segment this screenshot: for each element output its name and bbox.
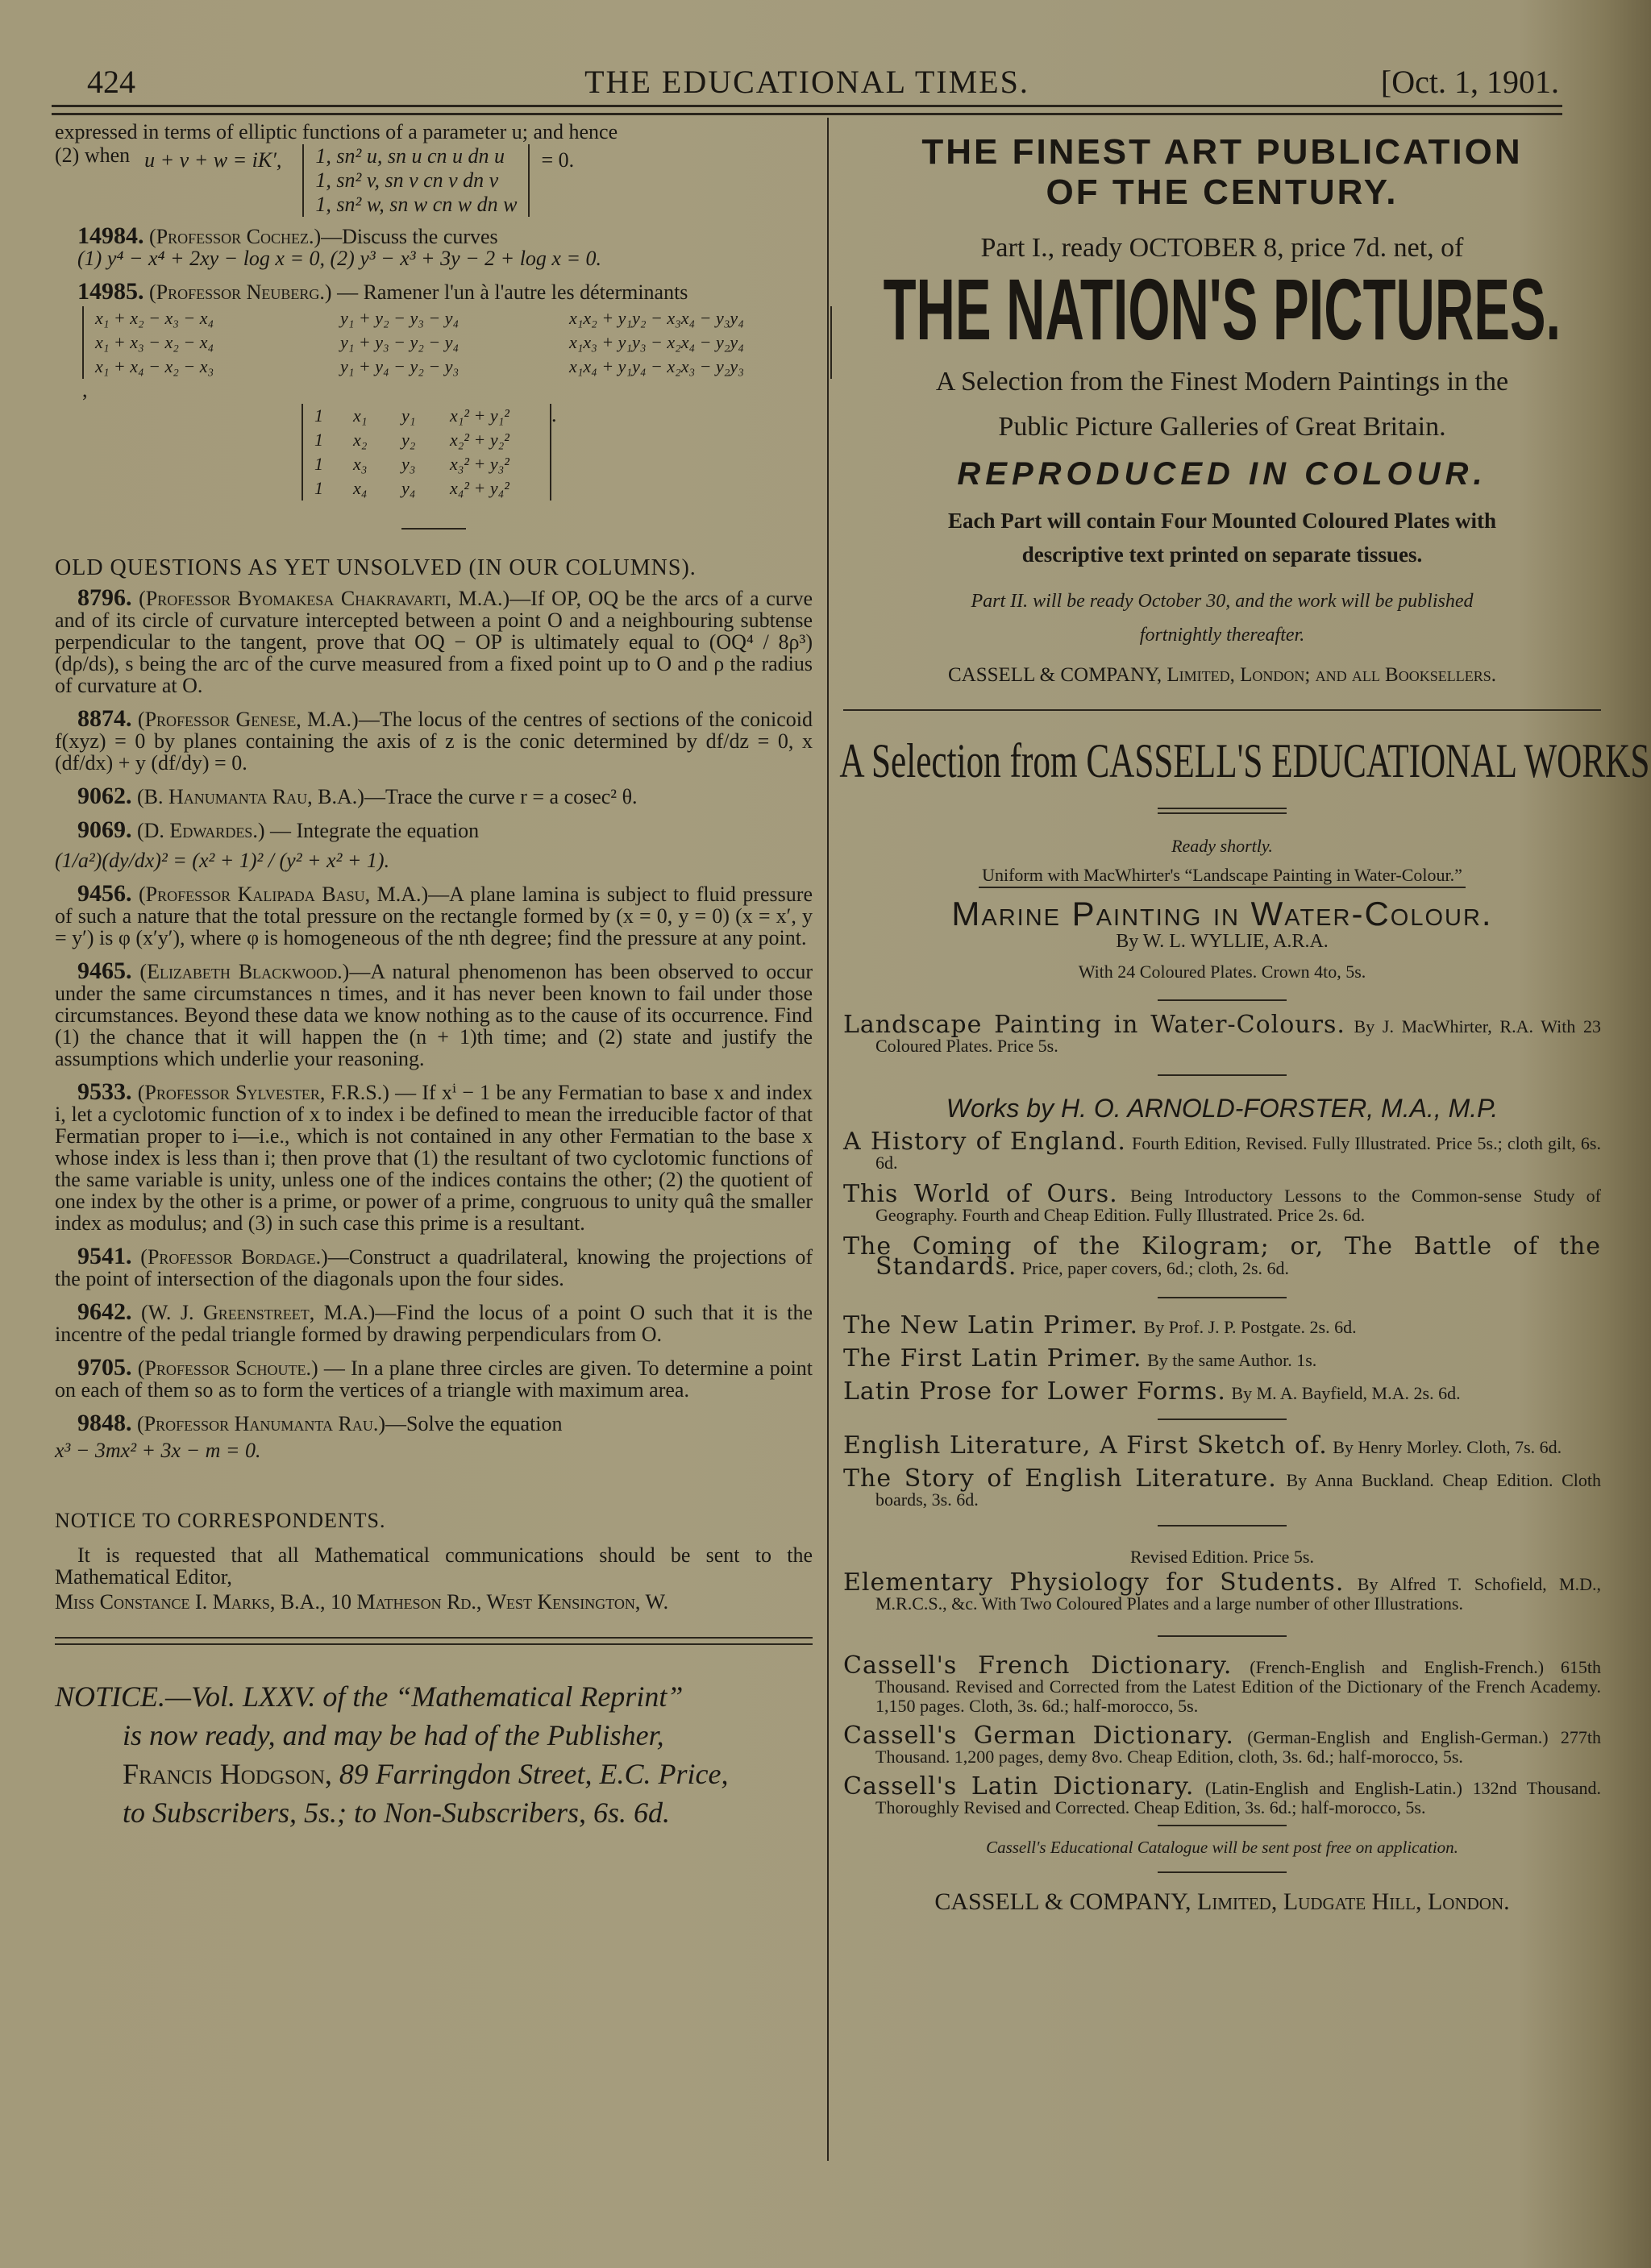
- cell: x₄² + y₄²: [450, 476, 539, 501]
- reprint-notice: NOTICE.—Vol. LXXV. of the “Mathematical …: [55, 1677, 813, 1832]
- left-column: expressed in terms of elliptic functions…: [55, 121, 813, 1832]
- cell: 1: [314, 428, 343, 452]
- notice-line: is now ready, and may be had of the Publ…: [55, 1716, 813, 1755]
- section-rule: [55, 1637, 813, 1639]
- arnold-forster-books: A History of England. Fourth Edition, Re…: [843, 1132, 1601, 1277]
- ad-headline: THE FINEST ART PUBLICATION: [843, 132, 1601, 172]
- question-number: 9456.: [77, 880, 132, 907]
- section-rule: [1158, 1297, 1287, 1298]
- section-rule: [1158, 1825, 1287, 1826]
- det-matrix: 1x₁y₁x₁² + y₁² 1x₂y₂x₂² + y₂² 1x₃y₃x₃² +…: [302, 404, 551, 501]
- condition: u + v + w = iK′,: [144, 149, 281, 171]
- question-number: 14985.: [77, 278, 144, 305]
- equals-zero: = 0.: [541, 149, 574, 171]
- question-author: (Professor Sylvester, F.R.S.): [138, 1081, 389, 1104]
- question-number: 9541.: [77, 1243, 132, 1269]
- book-details: By the same Author. 1s.: [1147, 1350, 1316, 1370]
- catalogue-note: Cassell's Educational Catalogue will be …: [843, 1836, 1601, 1859]
- question-9069: 9069. (D. Edwardes.) — Integrate the equ…: [55, 819, 813, 841]
- literature-books: English Literature, A First Sketch of. B…: [843, 1436, 1601, 1509]
- double-rule: [1158, 808, 1287, 814]
- dictionary-entry: Cassell's French Dictionary. (French-Eng…: [843, 1656, 1601, 1715]
- equation: x³ − 3mx² + 3x − m = 0.: [55, 1439, 813, 1461]
- cell: 1: [314, 476, 343, 501]
- reproduced-in-colour: REPRODUCED IN COLOUR.: [843, 463, 1601, 485]
- question-9642: 9642. (W. J. Greenstreet, M.A.)—Find the…: [55, 1301, 813, 1345]
- dictionary-entry: Cassell's German Dictionary. (German-Eng…: [843, 1726, 1601, 1766]
- book-title: Elementary Physiology for Students.: [843, 1568, 1344, 1597]
- question-8796: 8796. (Professor Byomakesa Chakravarti, …: [55, 587, 813, 696]
- question-number: 14984.: [77, 222, 144, 249]
- question-number: 8874.: [77, 705, 132, 732]
- cell: x₁ + x₃ − x₂ − x₄: [95, 330, 321, 355]
- question-number: 9848.: [77, 1410, 132, 1436]
- marine-details: With 24 Coloured Plates. Crown 4to, 5s.: [843, 961, 1601, 983]
- uniform-with-wrap: Uniform with MacWhirter's “Landscape Pai…: [843, 864, 1601, 887]
- question-text: —Solve the equation: [385, 1412, 563, 1435]
- cell: y₁ + y₄ − y₂ − y₃: [340, 355, 550, 379]
- book-entry: The Coming of the Kilogram; or, The Batt…: [843, 1237, 1601, 1277]
- book-title: A History of England.: [843, 1128, 1126, 1156]
- cell: x₁: [353, 404, 392, 428]
- question-8874: 8874. (Professor Genese, M.A.)—The locus…: [55, 708, 813, 774]
- notice-line: Francis Hodgson, 89 Farringdon Street, E…: [55, 1755, 813, 1793]
- ad-publisher: CASSELL & COMPANY, Limited, Ludgate Hill…: [843, 1891, 1601, 1913]
- cell: x₂² + y₂²: [450, 428, 539, 452]
- ad-publisher: CASSELL & COMPANY, Limited, London; and …: [843, 664, 1601, 687]
- question-9705: 9705. (Professor Schoute.) — In a plane …: [55, 1356, 813, 1401]
- cell: x₃: [353, 452, 392, 476]
- book-entry: This World of Ours. Being Introductory L…: [843, 1185, 1601, 1224]
- newspaper-page: 424 THE EDUCATIONAL TIMES. [Oct. 1, 1901…: [0, 0, 1651, 2268]
- question-text: —Discuss the curves: [321, 225, 498, 248]
- book-entry: Latin Prose for Lower Forms. By M. A. Ba…: [843, 1382, 1601, 1402]
- question-text: —Trace the curve r = a cosec² θ.: [364, 785, 638, 808]
- ready-shortly: Ready shortly.: [843, 835, 1601, 858]
- publisher-address: 89 Farringdon Street, E.C. Price,: [332, 1758, 729, 1790]
- ad-description: Each Part will contain Four Mounted Colo…: [843, 509, 1601, 532]
- ad-subtitle: A Selection from the Finest Modern Paint…: [843, 368, 1601, 397]
- question-author: (D. Edwardes.): [137, 819, 264, 842]
- uniform-with: Uniform with MacWhirter's “Landscape Pai…: [979, 865, 1466, 888]
- cell: x₁x₄ + y₁y₄ − x₂x₃ − y₂y₃: [569, 355, 819, 379]
- det-row: 1, sn² v, sn v cn v dn v: [315, 168, 517, 193]
- section-rule: [843, 709, 1601, 711]
- question-number: 9069.: [77, 816, 132, 843]
- issue-date: [Oct. 1, 1901.: [1381, 63, 1559, 101]
- section-rule: [1158, 1074, 1287, 1076]
- question-9533: 9533. (Professor Sylvester, F.R.S.) — If…: [55, 1081, 813, 1234]
- det-row: x₁ + x₂ − x₃ − x₄y₁ + y₂ − y₃ − y₄x₁x₂ +…: [95, 306, 819, 330]
- cell: 1: [314, 452, 343, 476]
- question-text: — Integrate the equation: [264, 819, 479, 842]
- notice-heading: NOTICE TO CORRESPONDENTS.: [55, 1510, 813, 1531]
- book-physiology: Elementary Physiology for Students. By A…: [843, 1573, 1601, 1613]
- cell: y₁ + y₃ − y₂ − y₄: [340, 330, 550, 355]
- question-author: (Professor Neuberg.): [149, 280, 332, 304]
- det-row: x₁ + x₃ − x₂ − x₄y₁ + y₃ − y₂ − y₄x₁x₃ +…: [95, 330, 819, 355]
- question-14984: 14984. (Professor Cochez.)—Discuss the c…: [55, 225, 813, 247]
- marine-author: By W. L. WYLLIE, A.R.A.: [843, 930, 1601, 953]
- det-row: 1x₃y₃x₃² + y₃²: [314, 452, 539, 476]
- question-author: (B. Hanumanta Rau, B.A.): [137, 785, 364, 808]
- arnold-forster-heading: Works by H. O. ARNOLD-FORSTER, M.A., M.P…: [843, 1097, 1601, 1119]
- book-landscape-painting: Landscape Painting in Water-Colours. By …: [843, 1016, 1601, 1055]
- section-rule: [1158, 1871, 1287, 1873]
- dictionary-entry: Cassell's Latin Dictionary. (Latin-Engli…: [843, 1777, 1601, 1817]
- det-row: 1, sn² w, sn w cn w dn w: [315, 193, 517, 217]
- book-details: Price, paper covers, 6d.; cloth, 2s. 6d.: [1022, 1258, 1289, 1278]
- book-entry: The First Latin Primer. By the same Auth…: [843, 1349, 1601, 1369]
- continued-text: expressed in terms of elliptic functions…: [55, 121, 813, 143]
- cell: x₄: [353, 476, 392, 501]
- determinant-a: x₁ + x₂ − x₃ − x₄y₁ + y₂ − y₃ − y₄x₁x₂ +…: [82, 306, 813, 401]
- determinant-equation: (2) when u + v + w = iK′, 1, sn² u, sn u…: [55, 144, 813, 217]
- question-9465: 9465. (Elizabeth Blackwood.)—A natural p…: [55, 960, 813, 1070]
- notice-line: to Subscribers, 5s.; to Non-Subscribers,…: [55, 1793, 813, 1832]
- question-author: (Professor Schoute.): [138, 1356, 318, 1380]
- nations-pictures-ad: THE FINEST ART PUBLICATION OF THE CENTUR…: [843, 132, 1601, 687]
- ad-description: descriptive text printed on separate tis…: [843, 543, 1601, 566]
- when-label: (2) when: [55, 144, 130, 166]
- rule: [1158, 808, 1287, 809]
- cell: x₂: [353, 428, 392, 452]
- ad-title-wrap: THE NATION'S PICTURES.: [843, 271, 1601, 348]
- book-details: By M. A. Bayfield, M.A. 2s. 6d.: [1231, 1383, 1460, 1403]
- section-rule: [1158, 1419, 1287, 1420]
- ad-note: fortnightly thereafter.: [843, 624, 1601, 646]
- section-rule: [1158, 999, 1287, 1001]
- ad-note: Part II. will be ready October 30, and t…: [843, 590, 1601, 613]
- cell: 1: [314, 404, 343, 428]
- question-9541: 9541. (Professor Bordage.)—Construct a q…: [55, 1245, 813, 1290]
- question-author: (Professor Cochez.): [149, 225, 321, 248]
- rule: [1158, 812, 1287, 814]
- book-details: By Henry Morley. Cloth, 7s. 6d.: [1333, 1437, 1562, 1457]
- det-row: 1x₂y₂x₂² + y₂²: [314, 428, 539, 452]
- physiology-note: Revised Edition. Price 5s.: [843, 1546, 1601, 1568]
- det-row: x₁ + x₄ − x₂ − x₃y₁ + y₄ − y₂ − y₃x₁x₄ +…: [95, 355, 819, 379]
- equation: (1) y⁴ − x⁴ + 2xy − log x = 0, (2) y³ − …: [55, 247, 813, 269]
- book-title: Cassell's Latin Dictionary.: [843, 1772, 1194, 1801]
- book-entry: The Story of English Literature. By Anna…: [843, 1469, 1601, 1509]
- ad-title: THE NATION'S PICTURES.: [884, 271, 1562, 348]
- question-number: 8796.: [77, 584, 132, 611]
- det-row: 1x₁y₁x₁² + y₁²: [314, 404, 539, 428]
- cell: x₁² + y₁²: [450, 404, 539, 428]
- marine-painting-title: Marine Painting in Water-Colour.: [843, 903, 1601, 925]
- cell: y₁: [401, 404, 440, 428]
- question-text: — Ramener l'un à l'autre les déterminant…: [332, 280, 688, 304]
- dictionaries: Cassell's French Dictionary. (French-Eng…: [843, 1656, 1601, 1817]
- cell: x₃² + y₃²: [450, 452, 539, 476]
- book-title: The New Latin Primer.: [843, 1311, 1138, 1340]
- book-title: English Literature, A First Sketch of.: [843, 1431, 1328, 1460]
- book-title: The Story of English Literature.: [843, 1464, 1277, 1493]
- question-text: — If xⁱ − 1 be any Fermatian to base x a…: [55, 1081, 813, 1235]
- questions-list: 8796. (Professor Byomakesa Chakravarti, …: [55, 587, 813, 1461]
- question-number: 9705.: [77, 1354, 132, 1381]
- notice-line: NOTICE.—Vol. LXXV. of the “Mathematical …: [55, 1677, 813, 1716]
- book-entry: English Literature, A First Sketch of. B…: [843, 1436, 1601, 1456]
- part-release-line: Part I., ready OCTOBER 8, price 7d. net,…: [843, 237, 1601, 260]
- question-author: (Professor Byomakesa Chakravarti, M.A.): [139, 587, 509, 610]
- cell: y₃: [401, 452, 440, 476]
- book-title: The First Latin Primer.: [843, 1344, 1142, 1373]
- det-matrix: x₁ + x₂ − x₃ − x₄y₁ + y₂ − y₃ − y₄x₁x₂ +…: [82, 306, 832, 379]
- page-header: 424 THE EDUCATIONAL TIMES. [Oct. 1, 1901…: [55, 58, 1559, 100]
- section-rule: [55, 1643, 813, 1645]
- det-row: 1x₄y₄x₄² + y₄²: [314, 476, 539, 501]
- book-entry: The New Latin Primer. By Prof. J. P. Pos…: [843, 1316, 1601, 1336]
- question-author: (Professor Bordage.): [140, 1245, 327, 1269]
- book-title: Cassell's French Dictionary.: [843, 1651, 1232, 1680]
- question-14985: 14985. (Professor Neuberg.) — Ramener l'…: [55, 280, 813, 303]
- cell: x₁x₃ + y₁y₃ − x₂x₄ − y₂y₄: [569, 330, 819, 355]
- notice-text: It is requested that all Mathematical co…: [55, 1544, 813, 1588]
- book-details: By Prof. J. P. Postgate. 2s. 6d.: [1144, 1317, 1357, 1337]
- editor-address: Miss Constance I. Marks, B.A., 10 Mathes…: [55, 1591, 813, 1613]
- det-row: 1, sn² u, sn u cn u dn u: [315, 144, 517, 168]
- question-9848: 9848. (Professor Hanumanta Rau.)—Solve t…: [55, 1412, 813, 1435]
- header-rule: [52, 105, 1562, 107]
- question-number: 9642.: [77, 1298, 132, 1325]
- question-9456: 9456. (Professor Kalipada Basu, M.A.)—A …: [55, 883, 813, 949]
- question-author: (Professor Hanumanta Rau.): [137, 1412, 385, 1435]
- question-author: (W. J. Greenstreet, M.A.): [141, 1301, 375, 1324]
- section-rule: [1158, 1635, 1287, 1637]
- question-number: 9062.: [77, 783, 132, 809]
- equation: (1/a²)(dy/dx)² = (x² + 1)² / (y² + x² + …: [55, 849, 813, 871]
- cassell-educational-ad: A Selection from CASSELL'S EDUCATIONAL W…: [843, 735, 1601, 1913]
- section-rule: [1158, 1525, 1287, 1527]
- question-9062: 9062. (B. Hanumanta Rau, B.A.)—Trace the…: [55, 785, 813, 808]
- ad-heading: A Selection from CASSELL'S EDUCATIONAL W…: [839, 735, 1649, 787]
- question-number: 9465.: [77, 957, 132, 984]
- header-rule: [52, 113, 1562, 115]
- latin-books: The New Latin Primer. By Prof. J. P. Pos…: [843, 1316, 1601, 1402]
- question-author: (Professor Genese, M.A.): [138, 708, 359, 731]
- section-rule: [401, 528, 466, 530]
- question-author: (Professor Kalipada Basu, M.A.): [139, 883, 428, 906]
- cell: x₁ + x₂ − x₃ − x₄: [95, 306, 321, 330]
- ad-headline: OF THE CENTURY.: [843, 172, 1601, 213]
- cell: x₁ + x₄ − x₂ − x₃: [95, 355, 321, 379]
- cell: y₁ + y₂ − y₃ − y₄: [340, 306, 550, 330]
- cell: y₂: [401, 428, 440, 452]
- old-questions-heading: OLD QUESTIONS AS YET UNSOLVED (IN OUR CO…: [55, 557, 813, 579]
- right-column: THE FINEST ART PUBLICATION OF THE CENTUR…: [843, 121, 1601, 1913]
- ad-subtitle: Public Picture Galleries of Great Britai…: [843, 413, 1601, 442]
- book-title: This World of Ours.: [843, 1180, 1118, 1208]
- question-number: 9533.: [77, 1078, 132, 1105]
- book-title: Landscape Painting in Water-Colours.: [843, 1011, 1345, 1039]
- book-title: Cassell's German Dictionary.: [843, 1722, 1234, 1750]
- book-title: Latin Prose for Lower Forms.: [843, 1377, 1226, 1406]
- column-divider: [827, 118, 829, 2161]
- question-author: (Elizabeth Blackwood.): [139, 960, 349, 983]
- determinant-3x3: 1, sn² u, sn u cn u dn u 1, sn² v, sn v …: [302, 144, 530, 217]
- determinant-b: 1x₁y₁x₁² + y₁² 1x₂y₂x₂² + y₂² 1x₃y₃x₃² +…: [302, 404, 813, 501]
- publication-title: THE EDUCATIONAL TIMES.: [55, 63, 1559, 101]
- cell: x₁x₂ + y₁y₂ − x₃x₄ − y₃y₄: [569, 306, 819, 330]
- ad-heading-wrap: A Selection from CASSELL'S EDUCATIONAL W…: [843, 735, 1601, 787]
- book-entry: A History of England. Fourth Edition, Re…: [843, 1132, 1601, 1172]
- publisher-name: Francis Hodgson,: [123, 1758, 332, 1790]
- cell: y₄: [401, 476, 440, 501]
